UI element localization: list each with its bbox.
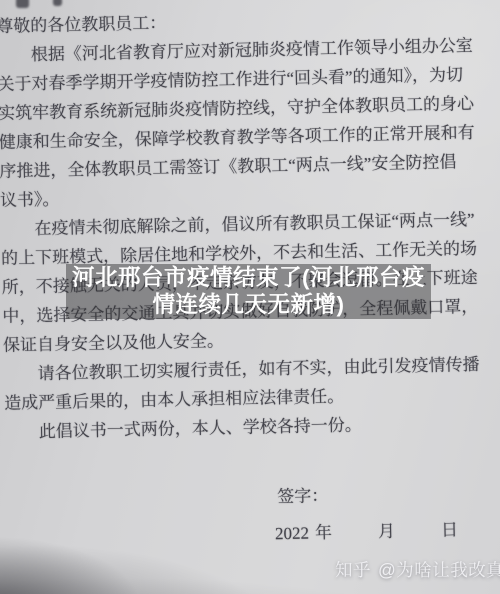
date-month-unit: 月 <box>378 522 395 541</box>
date-year: 2022 <box>275 524 309 544</box>
signature-date-line: 2022年月日 <box>275 514 500 548</box>
cut-off-text-mark <box>16 0 29 8</box>
watermark-username: @为啥让我改真名 <box>378 560 500 580</box>
caption-title-line2: 情连续几天无新增) <box>153 292 345 319</box>
signature-label: 签字： <box>277 477 500 511</box>
date-day-unit: 日 <box>441 520 458 539</box>
cut-off-text-mark <box>53 0 62 6</box>
zhihu-watermark: 知乎@为啥让我改真名 <box>335 559 500 581</box>
photographed-document: 尊敬的各位教职员工： 根据《河北省教育厅应对新冠肺炎疫情工作领导小组办公室 关于… <box>0 0 500 594</box>
zhihu-brand-text: 知乎 <box>335 560 371 580</box>
date-year-unit: 年 <box>315 523 332 542</box>
caption-overlay-band: 河北邢台市疫情结束了(河北邢台疫 情连续几天无新增) <box>66 264 431 319</box>
caption-title-line1: 河北邢台市疫情结束了(河北邢台疫 <box>72 265 425 292</box>
